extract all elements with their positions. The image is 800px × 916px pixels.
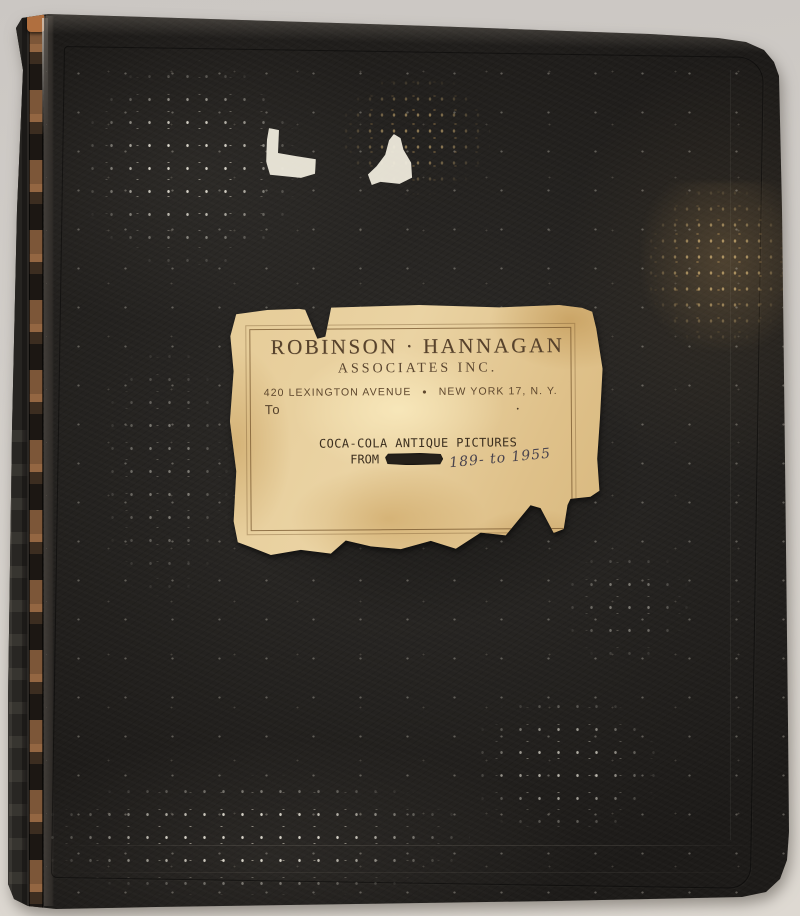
dust-speckles (340, 75, 490, 195)
address-street: 420 LEXINGTON AVENUE (264, 386, 412, 399)
photo-canvas: { "scene": { "background_color": "#d3cfc… (0, 0, 800, 916)
address-bullet: • (422, 385, 427, 399)
stray-dot: . (516, 397, 520, 414)
binder-front-cover: ROBINSON · HANNAGAN ASSOCIATES INC. 420 … (0, 0, 800, 916)
dust-speckles (645, 185, 790, 345)
redacted-text (385, 453, 443, 465)
paper-label-wrap: ROBINSON · HANNAGAN ASSOCIATES INC. 420 … (228, 300, 608, 560)
dust-speckles (40, 775, 470, 900)
address-city: NEW YORK 17, N. Y. (439, 385, 558, 398)
address-row: 420 LEXINGTON AVENUE • NEW YORK 17, N. Y… (264, 383, 558, 399)
torn-paper-label: ROBINSON · HANNAGAN ASSOCIATES INC. 420 … (227, 299, 609, 562)
dust-speckles (470, 690, 660, 840)
dust-speckles (80, 60, 300, 270)
from-line: FROM 189- to 1955 (350, 450, 551, 467)
dust-speckles (100, 340, 230, 600)
spine-wear-patina (9, 430, 29, 900)
from-prefix: FROM (350, 452, 379, 466)
to-field-label: To (265, 402, 281, 417)
scrapbook-binder: ROBINSON · HANNAGAN ASSOCIATES INC. 420 … (0, 0, 800, 916)
dust-speckles (560, 545, 690, 665)
company-name: ROBINSON · HANNAGAN (227, 333, 607, 361)
company-suffix: ASSOCIATES INC. (228, 360, 608, 379)
